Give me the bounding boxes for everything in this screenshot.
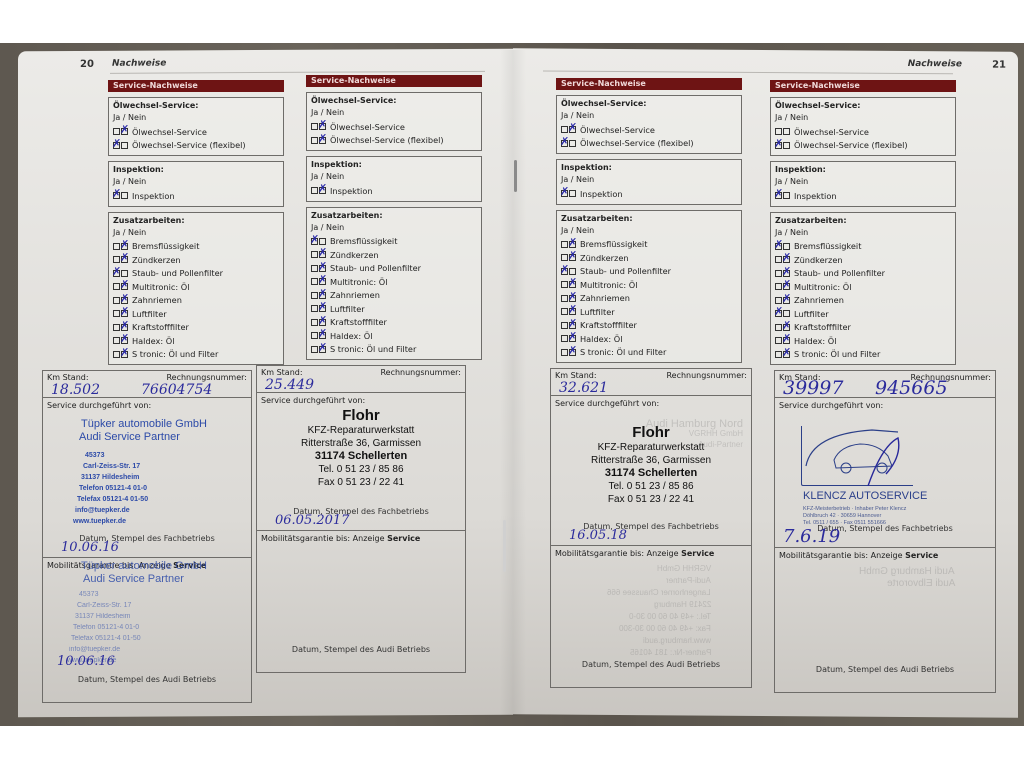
checkbox-label: Luftfilter: [132, 309, 167, 319]
km-label: Km Stand:: [261, 368, 303, 377]
checkbox-label: S tronic: Öl und Filter: [794, 349, 880, 359]
checkbox-nein[interactable]: [121, 297, 128, 304]
checkbox-nein[interactable]: [569, 254, 576, 261]
show-through-text: VGRHH GmbH: [689, 429, 743, 438]
inspection-box: Inspektion:Ja / NeinInspektion: [306, 156, 482, 202]
checkbox-label: Staub- und Pollenfilter: [794, 268, 885, 278]
stamp-company: Flohr: [257, 407, 465, 424]
checkbox-ja[interactable]: [311, 187, 318, 194]
oil-service-title: Ölwechsel-Service:: [113, 101, 279, 110]
checkbox-nein[interactable]: [121, 128, 128, 135]
checkbox-label: Staub- und Pollenfilter: [132, 268, 223, 278]
checkbox-ja[interactable]: [561, 281, 568, 288]
checkbox-nein[interactable]: [783, 270, 790, 277]
oil-service-box: Ölwechsel-Service:Ja / NeinÖlwechsel-Ser…: [556, 95, 742, 154]
checkbox-label: Ölwechsel-Service: [580, 125, 655, 135]
checkbox-label: Luftfilter: [580, 307, 615, 317]
stamp-line: Tel. 0 51 23 / 85 86: [551, 480, 751, 493]
checkbox-ja[interactable]: [311, 265, 318, 272]
service-date: 7.6.19: [783, 526, 840, 547]
stamp-line: Telefax 05121-4 01-50: [77, 496, 148, 503]
checkbox-label: S tronic: Öl und Filter: [330, 344, 416, 354]
checkbox-ja[interactable]: [775, 324, 782, 331]
checkbox-label: Ölwechsel-Service (flexibel): [794, 140, 908, 150]
checkbox-ja[interactable]: [311, 137, 318, 144]
show-through-text: www.hamburg.audi: [643, 636, 711, 645]
checkbox-ja[interactable]: [775, 310, 782, 317]
header-rule: [543, 70, 953, 74]
section-header: Service-Nachweise: [306, 75, 482, 87]
page-number-right: 21: [992, 60, 1006, 71]
service-record-1: Service-NachweiseÖlwechsel-Service:Ja / …: [24, 80, 264, 703]
mobility-label: Mobilitätsgarantie bis: Anzeige Service: [779, 551, 938, 560]
inspection-title: Inspektion:: [775, 165, 951, 174]
checkbox-nein[interactable]: [121, 310, 128, 317]
show-through-text: Tel.: +49 40 60 00 30-0: [629, 612, 711, 621]
checkbox-nein[interactable]: [569, 308, 576, 315]
checkbox-ja[interactable]: [561, 349, 568, 356]
checkbox-row-extra-7: Haldex: Öl: [561, 332, 737, 346]
checkbox-nein[interactable]: [319, 123, 326, 130]
checkbox-ja[interactable]: [561, 254, 568, 261]
mobility-label: Mobilitätsgarantie bis: Anzeige Service: [555, 549, 714, 558]
km-value: 18.502: [51, 382, 100, 398]
checkbox-label: Kraftstofffilter: [794, 322, 851, 332]
stamp-line: KFZ-Meisterbetrieb · Inhaber Peter Klenc…: [803, 506, 906, 512]
checkbox-ja[interactable]: [561, 241, 568, 248]
show-through-text: Audi-Partner: [698, 440, 743, 449]
checkbox-ja[interactable]: [311, 238, 318, 245]
ja-nein-label: Ja / Nein: [775, 228, 951, 237]
km-invoice-box: Km Stand:Rechnungsnummer:32.621: [550, 368, 752, 396]
checkbox-nein[interactable]: [319, 292, 326, 299]
audi-stamp-line: Carl-Zeiss-Str. 17: [77, 602, 131, 609]
stamp-company: KLENCZ AUTOSERVICE: [803, 490, 927, 502]
checkbox-nein[interactable]: [319, 319, 326, 326]
checkbox-row-extra-1: Zündkerzen: [775, 253, 951, 267]
checkbox-nein[interactable]: [569, 349, 576, 356]
checkbox-row-extra-8: S tronic: Öl und Filter: [113, 348, 279, 362]
checkbox-nein[interactable]: [783, 128, 790, 135]
checkbox-label: Haldex: Öl: [330, 331, 372, 341]
oil-service-box: Ölwechsel-Service:Ja / NeinÖlwechsel-Ser…: [306, 92, 482, 151]
book-spine: [500, 50, 526, 716]
service-performed-box: Service durchgeführt von:Tüpker automobi…: [42, 398, 252, 558]
ja-nein-label: Ja / Nein: [311, 223, 477, 232]
checkbox-row-extra-5: Luftfilter: [311, 302, 477, 316]
service-performed-box: Service durchgeführt von:KLENCZ AUTOSERV…: [774, 398, 996, 548]
checkbox-ja[interactable]: [311, 332, 318, 339]
extra-work-title: Zusatzarbeiten:: [775, 216, 951, 225]
checkbox-label: Ölwechsel-Service (flexibel): [132, 140, 246, 150]
checkbox-row-inspection-0: Inspektion: [775, 189, 951, 203]
checkbox-nein[interactable]: [783, 337, 790, 344]
service-record-3: Service-NachweiseÖlwechsel-Service:Ja / …: [548, 78, 762, 688]
mobility-label-bold: Service: [681, 549, 714, 558]
stamp-audi-label: Datum, Stempel des Audi Betriebs: [775, 665, 995, 674]
checkbox-row-extra-2: Staub- und Pollenfilter: [113, 267, 279, 281]
checkbox-nein[interactable]: [783, 324, 790, 331]
checkbox-nein[interactable]: [783, 192, 790, 199]
checkbox-nein[interactable]: [121, 283, 128, 290]
invoice-label: Rechnungsnummer:: [380, 368, 461, 377]
checkbox-label: Staub- und Pollenfilter: [330, 263, 421, 273]
checkbox-label: Multitronic: Öl: [580, 280, 637, 290]
checkbox-row-extra-5: Luftfilter: [561, 305, 737, 319]
stamp-line: 31174 Schellerten: [551, 467, 751, 480]
checkbox-nein[interactable]: [569, 281, 576, 288]
checkbox-nein[interactable]: [319, 332, 326, 339]
stamp-line: Carl-Zeiss-Str. 17: [83, 463, 140, 470]
stamp-audi-label: Datum, Stempel des Audi Betriebs: [257, 645, 465, 654]
checkbox-ja[interactable]: [113, 351, 120, 358]
checkbox-row-extra-4: Zahnriemen: [311, 289, 477, 303]
km-value: 39997: [783, 377, 843, 399]
checkbox-row-extra-5: Luftfilter: [113, 307, 279, 321]
mobility-guarantee-box: Mobilitätsgarantie bis: Anzeige ServiceA…: [774, 548, 996, 693]
show-through-text: Audi Hamburg GmbH: [859, 566, 955, 577]
checklists: Service-NachweiseÖlwechsel-Service:Ja / …: [770, 80, 956, 365]
page-number-left: 20: [80, 59, 94, 70]
checkbox-nein[interactable]: [783, 310, 790, 317]
checkbox-label: Ölwechsel-Service: [132, 127, 207, 137]
checkbox-label: Multitronic: Öl: [132, 282, 189, 292]
checkbox-ja[interactable]: [561, 335, 568, 342]
checkbox-row-oil-1: Ölwechsel-Service (flexibel): [775, 139, 951, 153]
show-through-text: Fax: +49 40 60 00 30-300: [619, 624, 711, 633]
invoice-value: 76604754: [141, 382, 212, 398]
checkbox-ja[interactable]: [311, 292, 318, 299]
stamp-line: Döhlbruch 42 · 30659 Hannover: [803, 513, 881, 519]
checkbox-ja[interactable]: [311, 319, 318, 326]
checkbox-label: Haldex: Öl: [580, 334, 622, 344]
checkbox-label: Inspektion: [330, 186, 373, 196]
stamp-line: 31137 Hildesheim: [81, 474, 139, 481]
klencz-logo-icon: [801, 426, 913, 486]
page-header-left: Nachweise: [112, 59, 166, 69]
checkbox-row-extra-1: Zündkerzen: [561, 251, 737, 265]
checkbox-row-extra-2: Staub- und Pollenfilter: [311, 262, 477, 276]
checkbox-nein[interactable]: [569, 268, 576, 275]
checkbox-row-extra-0: Bremsflüssigkeit: [311, 235, 477, 249]
checkbox-label: Inspektion: [580, 189, 623, 199]
ja-nein-label: Ja / Nein: [113, 113, 279, 122]
mobility-label: Mobilitätsgarantie bis: Anzeige Service: [261, 534, 420, 543]
section-header: Service-Nachweise: [770, 80, 956, 92]
checkbox-label: Zündkerzen: [794, 255, 843, 265]
extra-work-title: Zusatzarbeiten:: [561, 214, 737, 223]
km-invoice-box: Km Stand:Rechnungsnummer:25.449: [256, 365, 466, 393]
stamp-line: www.tuepker.de: [73, 518, 126, 525]
inspection-box: Inspektion:Ja / NeinInspektion: [770, 161, 956, 207]
checkbox-nein[interactable]: [569, 241, 576, 248]
checkbox-nein[interactable]: [319, 137, 326, 144]
extra-work-box: Zusatzarbeiten:Ja / NeinBremsflüssigkeit…: [556, 210, 742, 364]
checkbox-ja[interactable]: [561, 126, 568, 133]
checkbox-ja[interactable]: [775, 297, 782, 304]
km-invoice-box: Km Stand:Rechnungsnummer:39997945665: [774, 370, 996, 398]
service-date: 16.05.18: [569, 528, 627, 543]
checkbox-row-extra-7: Haldex: Öl: [311, 329, 477, 343]
checkbox-nein[interactable]: [121, 243, 128, 250]
checkbox-row-extra-0: Bremsflüssigkeit: [561, 238, 737, 252]
checkbox-nein[interactable]: [121, 351, 128, 358]
checkbox-row-extra-8: S tronic: Öl und Filter: [775, 348, 951, 362]
checkbox-nein[interactable]: [783, 283, 790, 290]
stamp-line: KFZ-Reparaturwerkstatt: [257, 424, 465, 437]
checkbox-ja[interactable]: [775, 142, 782, 149]
performed-by-label: Service durchgeführt von:: [555, 399, 659, 408]
inspection-title: Inspektion:: [561, 163, 737, 172]
page-header-right: Nachweise: [908, 59, 962, 69]
checkbox-nein[interactable]: [783, 142, 790, 149]
checkbox-label: Zahnriemen: [330, 290, 380, 300]
service-record-2: Service-NachweiseÖlwechsel-Service:Ja / …: [256, 75, 482, 673]
audi-stamp-subtitle: Audi Service Partner: [83, 573, 184, 585]
show-through-text: VGRHH GmbH: [657, 564, 711, 573]
checkbox-ja[interactable]: [775, 243, 782, 250]
checkbox-ja[interactable]: [113, 283, 120, 290]
inspection-title: Inspektion:: [311, 160, 477, 169]
checkbox-row-extra-8: S tronic: Öl und Filter: [311, 343, 477, 357]
checkbox-label: Inspektion: [132, 191, 175, 201]
show-through-text: 22419 Hamburg: [654, 600, 711, 609]
checkbox-label: Kraftstofffilter: [580, 320, 637, 330]
checkbox-nein[interactable]: [121, 337, 128, 344]
show-through-text: Audi-Partner: [666, 576, 711, 585]
checkbox-ja[interactable]: [561, 268, 568, 275]
section-header: Service-Nachweise: [556, 78, 742, 90]
checkbox-nein[interactable]: [319, 238, 326, 245]
ja-nein-label: Ja / Nein: [775, 113, 951, 122]
checkbox-row-extra-3: Multitronic: Öl: [113, 280, 279, 294]
checkbox-ja[interactable]: [561, 308, 568, 315]
checkbox-row-extra-6: Kraftstofffilter: [775, 321, 951, 335]
checkbox-ja[interactable]: [113, 270, 120, 277]
checkbox-row-extra-2: Staub- und Pollenfilter: [561, 265, 737, 279]
checkbox-nein[interactable]: [783, 351, 790, 358]
km-invoice-box: Km Stand:Rechnungsnummer:18.50276604754: [42, 370, 252, 398]
checkbox-nein[interactable]: [569, 190, 576, 197]
checkbox-nein[interactable]: [319, 251, 326, 258]
extra-work-box: Zusatzarbeiten:Ja / NeinBremsflüssigkeit…: [306, 207, 482, 361]
checkbox-nein[interactable]: [569, 335, 576, 342]
checkbox-label: Luftfilter: [330, 304, 365, 314]
service-date: 10.06.16: [61, 540, 119, 555]
checkbox-ja[interactable]: [775, 192, 782, 199]
checkbox-ja[interactable]: [561, 190, 568, 197]
checkbox-label: Bremsflüssigkeit: [330, 236, 397, 246]
stamp-audi-label: Datum, Stempel des Audi Betriebs: [551, 660, 751, 669]
audi-stamp-line: info@tuepker.de: [69, 646, 120, 653]
checkbox-label: Multitronic: Öl: [794, 282, 851, 292]
show-through-text: Langenhorner Chaussee 666: [607, 588, 711, 597]
checkbox-ja[interactable]: [775, 128, 782, 135]
checkbox-ja[interactable]: [311, 305, 318, 312]
mobility-guarantee-box: Mobilitätsgarantie bis: Anzeige ServiceT…: [42, 558, 252, 703]
checkbox-ja[interactable]: [561, 140, 568, 147]
checklists: Service-NachweiseÖlwechsel-Service:Ja / …: [556, 78, 742, 363]
checkbox-ja[interactable]: [561, 322, 568, 329]
checkbox-ja[interactable]: [113, 192, 120, 199]
service-date: 06.05.2017: [275, 513, 349, 528]
checkbox-row-inspection-0: Inspektion: [113, 189, 279, 203]
record-bottom: Km Stand:Rechnungsnummer:32.621Service d…: [550, 368, 752, 688]
checkbox-label: Haldex: Öl: [794, 336, 836, 346]
checkbox-row-oil-0: Ölwechsel-Service: [775, 125, 951, 139]
ja-nein-label: Ja / Nein: [561, 226, 737, 235]
checkbox-ja[interactable]: [775, 256, 782, 263]
checkbox-row-extra-3: Multitronic: Öl: [775, 280, 951, 294]
checklists: Service-NachweiseÖlwechsel-Service:Ja / …: [306, 75, 482, 360]
record-bottom: Km Stand:Rechnungsnummer:18.50276604754S…: [42, 370, 252, 703]
checkbox-ja[interactable]: [775, 351, 782, 358]
show-through-text: Partner-Nr.: 181 40165: [630, 648, 711, 657]
checkbox-ja[interactable]: [311, 346, 318, 353]
stamp-line: Telefon 05121-4 01-0: [79, 485, 147, 492]
inspection-title: Inspektion:: [113, 165, 279, 174]
checkbox-label: Zahnriemen: [580, 293, 630, 303]
stamp-line: Ritterstraße 36, Garmissen: [551, 454, 751, 467]
km-value: 25.449: [265, 377, 314, 393]
checkbox-ja[interactable]: [113, 324, 120, 331]
audi-stamp-company: Tüpker automobile GmbH: [81, 560, 207, 572]
checkbox-nein[interactable]: [319, 278, 326, 285]
checkbox-nein[interactable]: [569, 126, 576, 133]
oil-service-title: Ölwechsel-Service:: [561, 99, 737, 108]
stamp-line: Fax 0 51 23 / 22 41: [551, 493, 751, 506]
km-label: Km Stand:: [47, 373, 89, 382]
checkbox-nein[interactable]: [783, 297, 790, 304]
workshop-stamp: FlohrKFZ-ReparaturwerkstattRitterstraße …: [257, 407, 465, 489]
checkbox-label: Bremsflüssigkeit: [132, 241, 199, 251]
checkbox-label: Multitronic: Öl: [330, 277, 387, 287]
checkbox-ja[interactable]: [775, 283, 782, 290]
checkbox-ja[interactable]: [311, 251, 318, 258]
mobility-guarantee-box: Mobilitätsgarantie bis: Anzeige ServiceV…: [550, 546, 752, 688]
show-through-text: Audi Elbvororte: [887, 578, 955, 589]
checkbox-ja[interactable]: [561, 295, 568, 302]
inspection-box: Inspektion:Ja / NeinInspektion: [556, 159, 742, 205]
header-rule: [110, 71, 485, 74]
checkbox-label: Bremsflüssigkeit: [580, 239, 647, 249]
checkbox-label: Ölwechsel-Service: [794, 127, 869, 137]
checkbox-ja[interactable]: [775, 337, 782, 344]
checkbox-row-extra-4: Zahnriemen: [561, 292, 737, 306]
extra-work-title: Zusatzarbeiten:: [113, 216, 279, 225]
checkbox-label: Ölwechsel-Service (flexibel): [580, 138, 694, 148]
checkbox-row-extra-6: Kraftstofffilter: [113, 321, 279, 335]
performed-by-label: Service durchgeführt von:: [261, 396, 365, 405]
checkbox-row-extra-3: Multitronic: Öl: [561, 278, 737, 292]
extra-work-title: Zusatzarbeiten:: [311, 211, 477, 220]
checkbox-ja[interactable]: [311, 278, 318, 285]
mobility-guarantee-box: Mobilitätsgarantie bis: Anzeige ServiceD…: [256, 531, 466, 673]
checkbox-ja[interactable]: [113, 142, 120, 149]
checkbox-label: Kraftstofffilter: [132, 322, 189, 332]
checkbox-row-extra-6: Kraftstofffilter: [311, 316, 477, 330]
stamp-subtitle: Audi Service Partner: [79, 431, 180, 443]
checkbox-ja[interactable]: [113, 297, 120, 304]
stamp-company: Tüpker automobile GmbH: [81, 418, 207, 430]
checkbox-label: Zündkerzen: [580, 253, 629, 263]
ja-nein-label: Ja / Nein: [775, 177, 951, 186]
checkbox-nein[interactable]: [121, 192, 128, 199]
checkbox-ja[interactable]: [113, 128, 120, 135]
audi-stamp-line: 45373: [79, 591, 98, 598]
checkbox-label: Kraftstofffilter: [330, 317, 387, 327]
checkbox-nein[interactable]: [783, 243, 790, 250]
checkbox-row-inspection-0: Inspektion: [561, 187, 737, 201]
checkbox-label: Zündkerzen: [132, 255, 181, 265]
ja-nein-label: Ja / Nein: [311, 172, 477, 181]
service-record-4: Service-NachweiseÖlwechsel-Service:Ja / …: [762, 80, 1006, 693]
checkbox-nein[interactable]: [319, 346, 326, 353]
checkbox-ja[interactable]: [113, 243, 120, 250]
checkbox-ja[interactable]: [113, 337, 120, 344]
stamp-line: Fax 0 51 23 / 22 41: [257, 476, 465, 489]
mobility-label-bold: Service: [905, 551, 938, 560]
audi-stamp-line: 31137 Hildesheim: [75, 613, 131, 620]
checkbox-row-extra-0: Bremsflüssigkeit: [775, 240, 951, 254]
checkbox-row-extra-4: Zahnriemen: [775, 294, 951, 308]
checkbox-nein[interactable]: [319, 187, 326, 194]
checkbox-row-extra-1: Zündkerzen: [113, 253, 279, 267]
checkbox-nein[interactable]: [121, 256, 128, 263]
audi-stamp-line: Telefax 05121-4 01-50: [71, 635, 141, 642]
km-label: Km Stand:: [555, 371, 597, 380]
checkbox-row-extra-1: Zündkerzen: [311, 248, 477, 262]
checkbox-label: Inspektion: [794, 191, 837, 201]
ja-nein-label: Ja / Nein: [561, 175, 737, 184]
checkbox-row-oil-0: Ölwechsel-Service: [113, 125, 279, 139]
oil-service-box: Ölwechsel-Service:Ja / NeinÖlwechsel-Ser…: [770, 97, 956, 156]
checkbox-label: Zahnriemen: [132, 295, 182, 305]
checkbox-row-extra-6: Kraftstofffilter: [561, 319, 737, 333]
checkbox-nein[interactable]: [121, 142, 128, 149]
audi-stamp-line: Telefon 05121-4 01-0: [73, 624, 139, 631]
checkbox-label: Haldex: Öl: [132, 336, 174, 346]
checkbox-nein[interactable]: [569, 322, 576, 329]
checkbox-row-extra-2: Staub- und Pollenfilter: [775, 267, 951, 281]
checkbox-nein[interactable]: [121, 324, 128, 331]
ja-nein-label: Ja / Nein: [311, 108, 477, 117]
checkbox-row-extra-0: Bremsflüssigkeit: [113, 240, 279, 254]
checkbox-row-inspection-0: Inspektion: [311, 184, 477, 198]
checkbox-row-oil-0: Ölwechsel-Service: [561, 123, 737, 137]
ja-nein-label: Ja / Nein: [113, 228, 279, 237]
checkbox-ja[interactable]: [113, 310, 120, 317]
checkbox-nein[interactable]: [569, 295, 576, 302]
checkbox-nein[interactable]: [319, 265, 326, 272]
ja-nein-label: Ja / Nein: [113, 177, 279, 186]
service-performed-box: Service durchgeführt von:FlohrKFZ-Repara…: [550, 396, 752, 546]
checkbox-ja[interactable]: [311, 123, 318, 130]
checkbox-nein[interactable]: [783, 256, 790, 263]
ja-nein-label: Ja / Nein: [561, 111, 737, 120]
stamp-line: Ritterstraße 36, Garmissen: [257, 437, 465, 450]
checkbox-label: Staub- und Pollenfilter: [580, 266, 671, 276]
checkbox-nein[interactable]: [569, 140, 576, 147]
checkbox-nein[interactable]: [121, 270, 128, 277]
checkbox-ja[interactable]: [775, 270, 782, 277]
checkbox-nein[interactable]: [319, 305, 326, 312]
checkbox-row-extra-8: S tronic: Öl und Filter: [561, 346, 737, 360]
checkbox-ja[interactable]: [113, 256, 120, 263]
checkbox-label: Zündkerzen: [330, 250, 379, 260]
stamp-line: info@tuepker.de: [75, 507, 130, 514]
checkbox-label: S tronic: Öl und Filter: [580, 347, 666, 357]
